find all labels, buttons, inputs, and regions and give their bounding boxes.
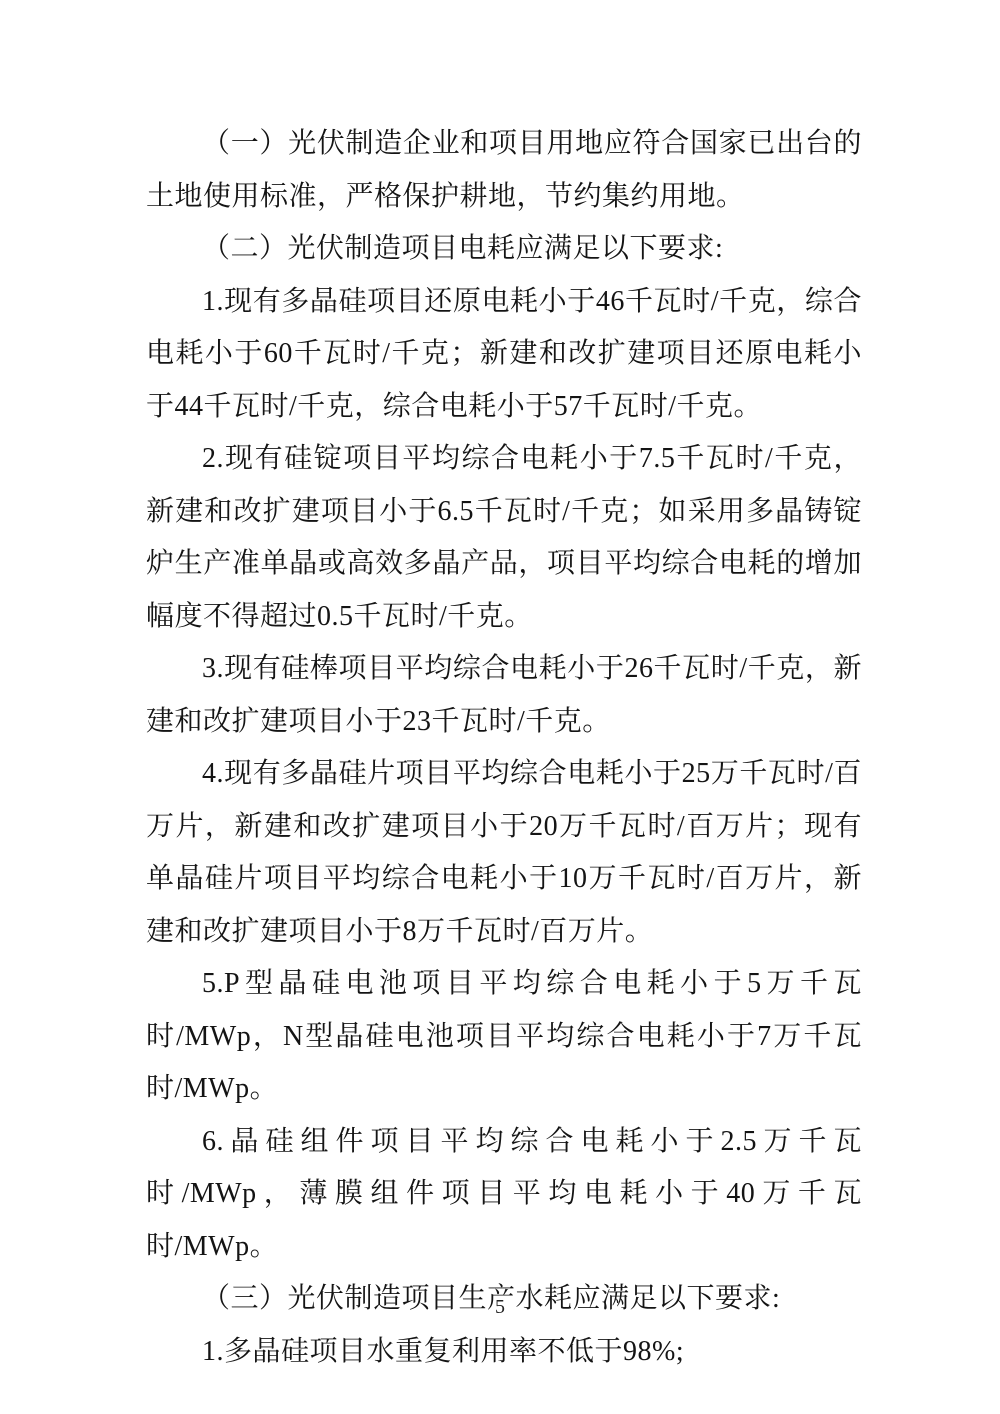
paragraph-item1-polysilicon: 1.现有多晶硅项目还原电耗小于46千瓦时/千克，综合电耗小于60千瓦时/千克；新… xyxy=(146,276,862,434)
paragraph-item2-silicon-ingot: 2.现有硅锭项目平均综合电耗小于7.5千瓦时/千克，新建和改扩建项目小于6.5千… xyxy=(146,433,862,643)
paragraph-item4-silicon-wafer: 4.现有多晶硅片项目平均综合电耗小于25万千瓦时/百万片，新建和改扩建项目小于2… xyxy=(146,748,862,958)
paragraph-water-item1-polysilicon: 1.多晶硅项目水重复利用率不低于98%; xyxy=(146,1326,862,1379)
page-number: 5 xyxy=(0,1294,1000,1320)
paragraph-item3-silicon-rod: 3.现有硅棒项目平均综合电耗小于26千瓦时/千克，新建和改扩建项目小于23千瓦时… xyxy=(146,643,862,748)
paragraph-item5-solar-cell: 5.P型晶硅电池项目平均综合电耗小于5万千瓦时/MWp，N型晶硅电池项目平均综合… xyxy=(146,958,862,1116)
document-body: （一）光伏制造企业和项目用地应符合国家已出台的土地使用标准，严格保护耕地，节约集… xyxy=(146,118,862,1378)
paragraph-section2-electricity-heading: （二）光伏制造项目电耗应满足以下要求: xyxy=(146,223,862,276)
document-page: （一）光伏制造企业和项目用地应符合国家已出台的土地使用标准，严格保护耕地，节约集… xyxy=(0,0,1000,1414)
paragraph-section1-land-use: （一）光伏制造企业和项目用地应符合国家已出台的土地使用标准，严格保护耕地，节约集… xyxy=(146,118,862,223)
paragraph-item6-module: 6.晶硅组件项目平均综合电耗小于2.5万千瓦时/MWp，薄膜组件项目平均电耗小于… xyxy=(146,1116,862,1274)
